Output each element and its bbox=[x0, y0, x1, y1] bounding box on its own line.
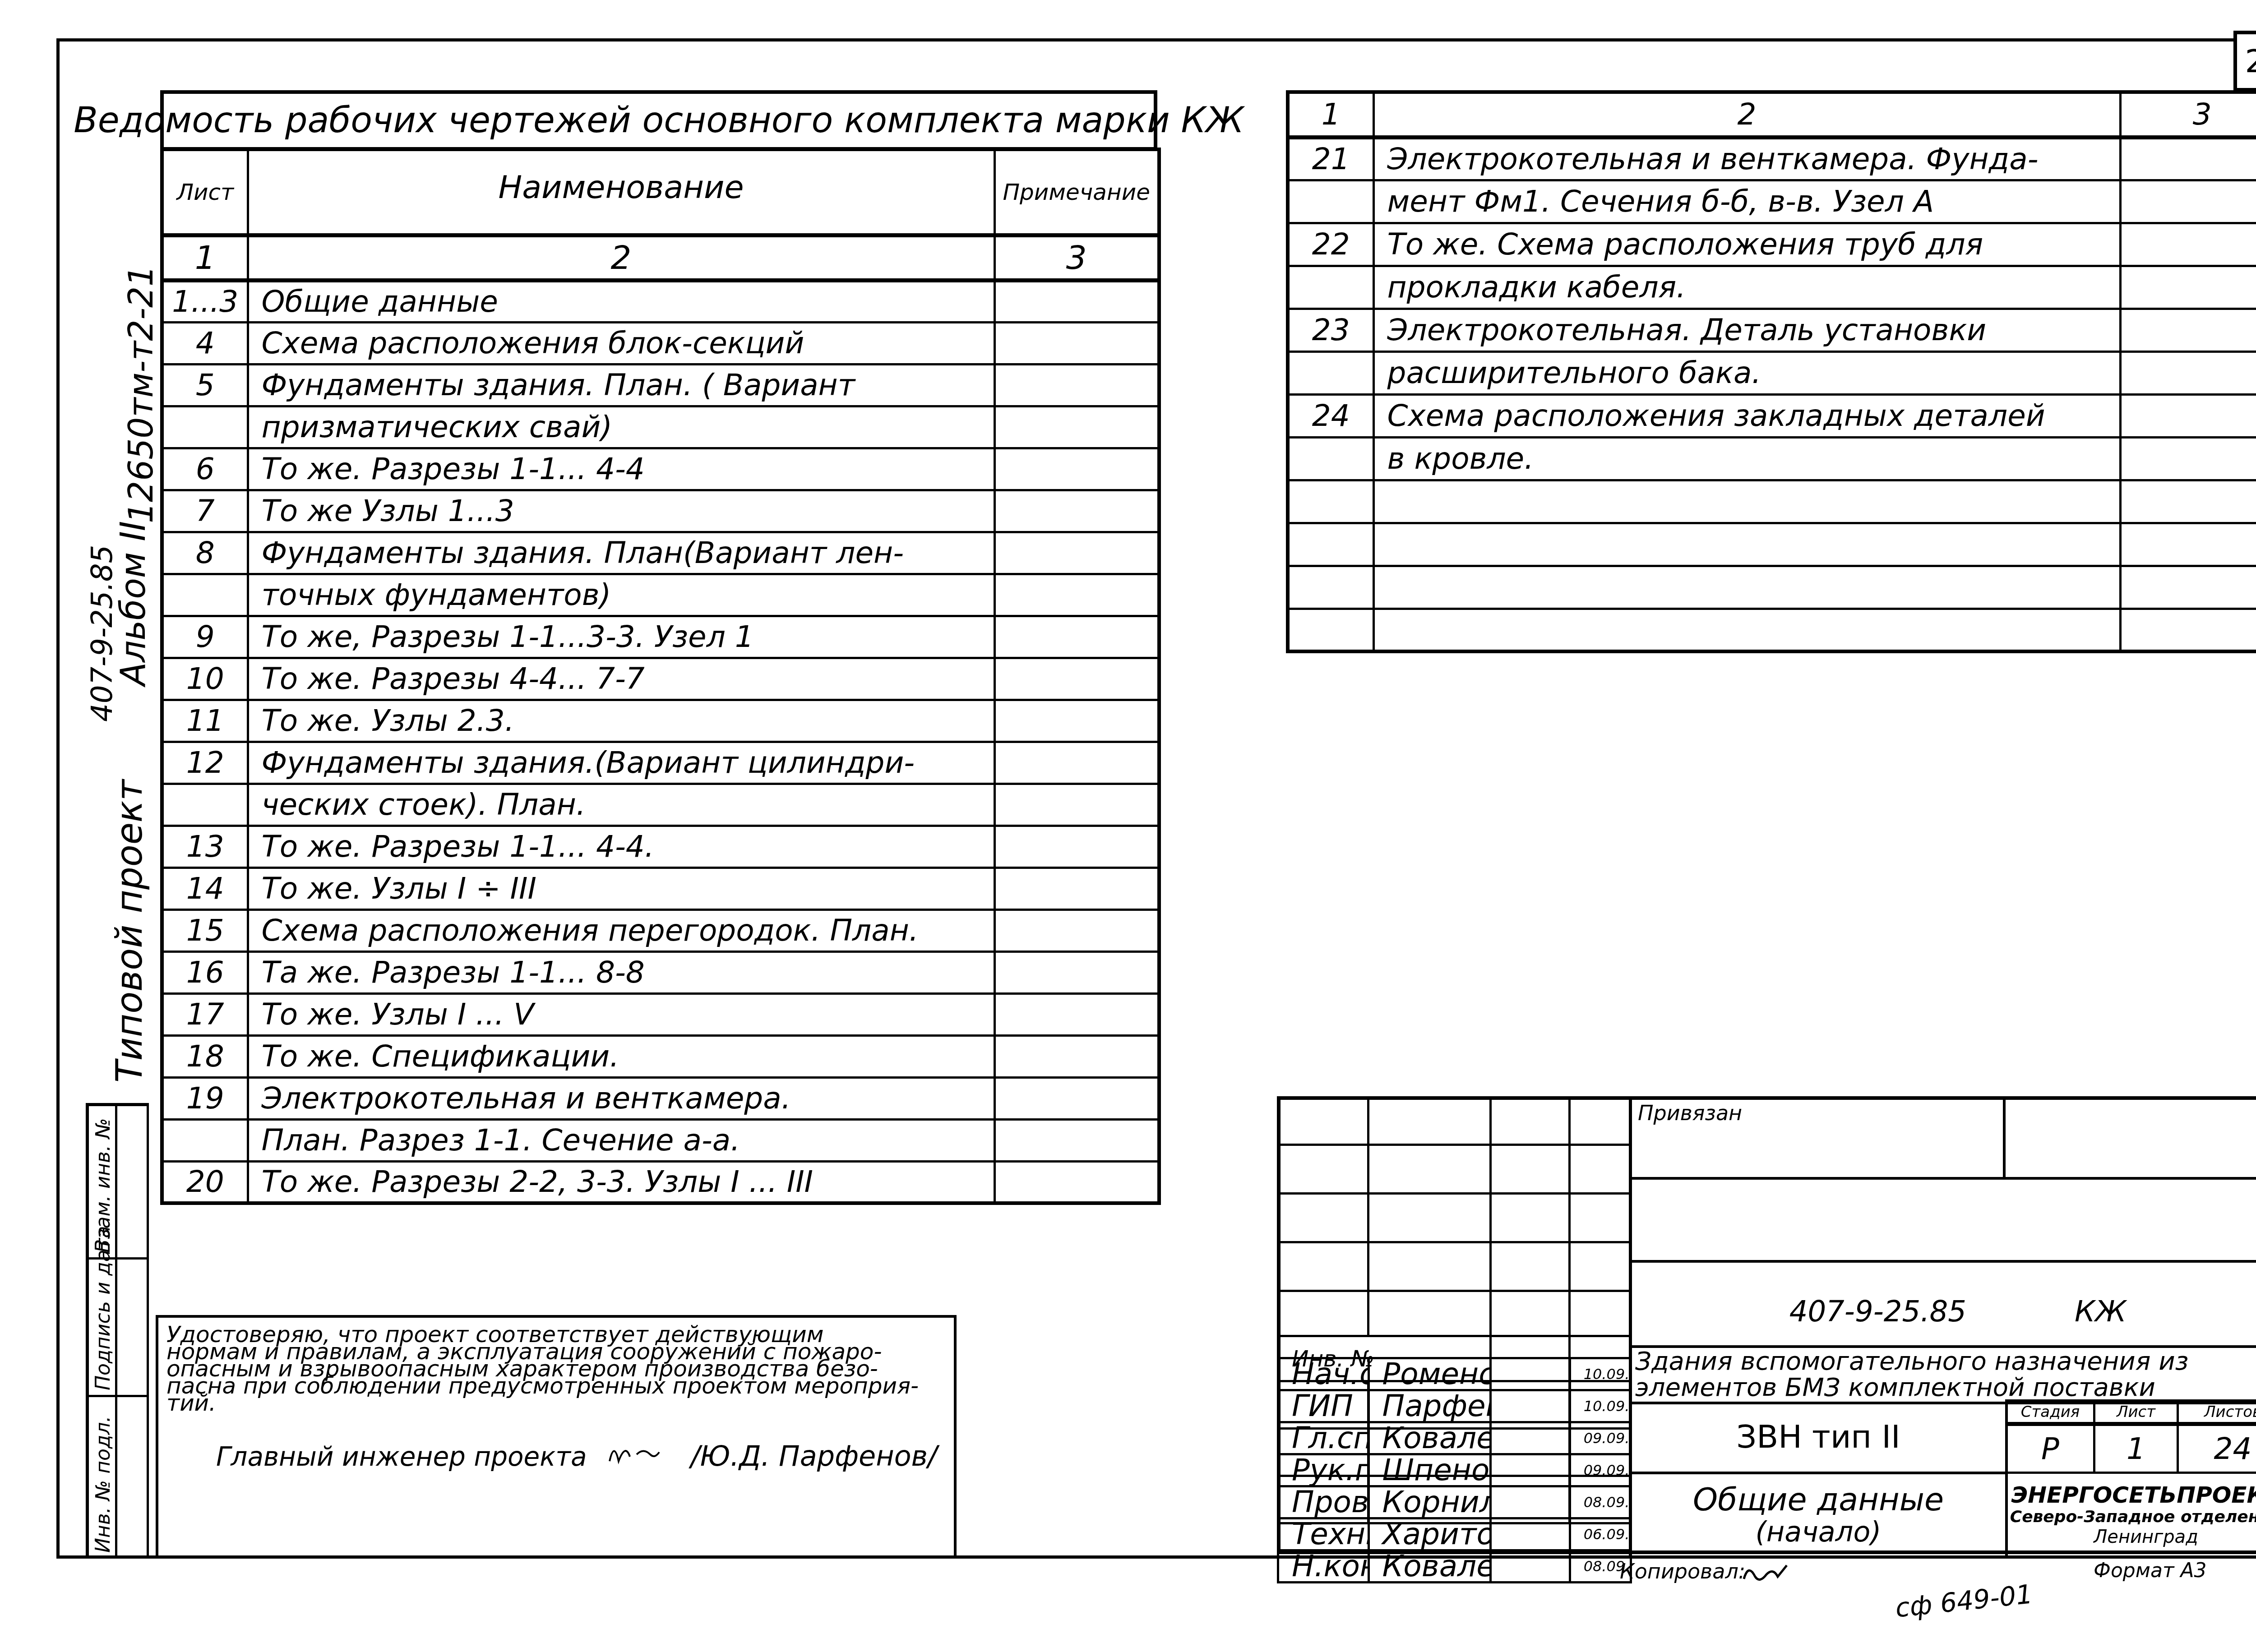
organization-city: Ленинград bbox=[2094, 1528, 2198, 1546]
approval-name: Парфенов bbox=[1368, 1390, 1491, 1422]
row-sheet: 15 bbox=[162, 909, 248, 951]
approval-date: 10.09.82 bbox=[1570, 1390, 1631, 1422]
row-sheet bbox=[162, 574, 248, 616]
approval-name: Харитонова bbox=[1368, 1518, 1491, 1550]
signature-cell bbox=[1491, 1390, 1570, 1422]
row-note bbox=[994, 1119, 1159, 1161]
table-row: 10То же. Разрезы 4-4... 7-7 bbox=[162, 658, 1159, 700]
row-name: То же. Узлы I ... V bbox=[248, 993, 994, 1035]
row-note bbox=[994, 574, 1159, 616]
approval-role: Гл.спец. bbox=[1278, 1422, 1369, 1454]
row-sheet: 10 bbox=[162, 658, 248, 700]
margin-typical-project: Типовой проект bbox=[108, 780, 150, 1083]
row-note bbox=[994, 742, 1159, 784]
signature-cell bbox=[1491, 1550, 1570, 1583]
signature-cell bbox=[1491, 1486, 1570, 1518]
row-sheet: 20 bbox=[162, 1161, 248, 1203]
row-name: То же. Узлы 2.3. bbox=[248, 700, 994, 742]
table-row: 20То же. Разрезы 2-2, 3-3. Узлы I ... II… bbox=[162, 1161, 1159, 1203]
signature-cell bbox=[1491, 1358, 1570, 1390]
approval-row: Н.контр.Ковалев08.09.82 bbox=[1278, 1550, 1631, 1583]
side-stamp-sign-date: Подпись и дата bbox=[92, 1226, 115, 1390]
table-row: 8Фундаменты здания. План(Вариант лен- bbox=[162, 532, 1159, 574]
project-name: Здания вспомогательного назначения из эл… bbox=[1635, 1348, 2256, 1401]
row-sheet: 12 bbox=[162, 742, 248, 784]
table-row: расширительного бака. bbox=[1288, 351, 2256, 394]
approval-date: 10.09.82 bbox=[1570, 1358, 1631, 1390]
signature-cell bbox=[1491, 1454, 1570, 1486]
row-sheet: 14 bbox=[162, 868, 248, 909]
approval-role: ГИП bbox=[1278, 1390, 1369, 1422]
stage-label: Стадия bbox=[2006, 1401, 2094, 1424]
sheets-value: 24 bbox=[2178, 1424, 2256, 1473]
copied-signature-mark bbox=[1742, 1559, 1791, 1587]
approval-name: Роменский bbox=[1368, 1358, 1491, 1390]
row-note bbox=[994, 784, 1159, 826]
row-name: То же. Разрезы 1-1... 4-4 bbox=[248, 448, 994, 490]
side-stamp: Взам. инв. № Подпись и дата Инв. № подл. bbox=[86, 1103, 149, 1559]
approval-date: 08.09.82 bbox=[1570, 1486, 1631, 1518]
object-name: ЗВН тип II bbox=[1736, 1421, 1900, 1453]
table-row bbox=[1288, 523, 2256, 566]
tied-cell: Привязан bbox=[1629, 1096, 2006, 1180]
row-sheet bbox=[1288, 180, 1373, 223]
header-name: Наименование bbox=[248, 149, 994, 235]
row-name: То же. Схема расположения труб для bbox=[1373, 223, 2120, 266]
table-row: 1...3Общие данные bbox=[162, 280, 1159, 322]
row-sheet: 19 bbox=[162, 1077, 248, 1119]
table-row: ческих стоек). План. bbox=[162, 784, 1159, 826]
approval-role: Нач.отд. bbox=[1278, 1358, 1369, 1390]
table-row: 17То же. Узлы I ... V bbox=[162, 993, 1159, 1035]
row-name: Та же. Разрезы 1-1... 8-8 bbox=[248, 951, 994, 993]
table-row: прокладки кабеля. bbox=[1288, 266, 2256, 309]
row-name: мент Фм1. Сечения б-б, в-в. Узел А bbox=[1373, 180, 2120, 223]
margin-album-code: 12650тм-т2-21 bbox=[122, 265, 161, 523]
table-row bbox=[1288, 480, 2256, 523]
table-row: 11То же. Узлы 2.3. bbox=[162, 700, 1159, 742]
row-note bbox=[994, 951, 1159, 993]
row-name: То же. Разрезы 1-1... 4-4. bbox=[248, 826, 994, 868]
row-note bbox=[2120, 480, 2256, 523]
signature-cell bbox=[1491, 1422, 1570, 1454]
row-note bbox=[2120, 523, 2256, 566]
table-row: 18То же. Спецификации. bbox=[162, 1035, 1159, 1077]
row-sheet: 21 bbox=[1288, 137, 1373, 180]
approval-row: ПроверилКорнилова08.09.82 bbox=[1278, 1486, 1631, 1518]
approval-row: Рук.гр.Шпенова09.09.82 bbox=[1278, 1454, 1631, 1486]
row-note bbox=[2120, 566, 2256, 609]
organization-branch: Северо-Западное отделение bbox=[2010, 1509, 2256, 1525]
row-note bbox=[994, 616, 1159, 658]
approval-date: 09.09.82 bbox=[1570, 1422, 1631, 1454]
colnum-1: 1 bbox=[162, 235, 248, 280]
row-note bbox=[994, 448, 1159, 490]
row-name: прокладки кабеля. bbox=[1373, 266, 2120, 309]
row-sheet bbox=[1288, 480, 1373, 523]
row-sheet: 5 bbox=[162, 364, 248, 406]
row-sheet: 24 bbox=[1288, 394, 1373, 437]
row-name: Электрокотельная и венткамера. Фунда- bbox=[1373, 137, 2120, 180]
copied-label: Копировал: bbox=[1620, 1561, 1745, 1582]
row-name bbox=[1373, 523, 2120, 566]
organization-cell: ЭНЕРГОСЕТЬПРОЕКТ Северо-Западное отделен… bbox=[2005, 1472, 2256, 1558]
approval-date: 09.09.82 bbox=[1570, 1454, 1631, 1486]
chief-engineer-title: Главный инженер проекта bbox=[216, 1444, 587, 1470]
approval-role: Н.контр. bbox=[1278, 1550, 1369, 1583]
row-sheet: 1...3 bbox=[162, 280, 248, 322]
row-note bbox=[994, 658, 1159, 700]
sheet-title-cell: Общие данные (начало) bbox=[1629, 1472, 2008, 1558]
row-name: Электрокотельная. Деталь установки bbox=[1373, 309, 2120, 351]
row-note bbox=[994, 532, 1159, 574]
stage-value: Р bbox=[2006, 1424, 2094, 1473]
stage-sheet-grid: Стадия Лист Листов Р 1 24 bbox=[2005, 1402, 2256, 1474]
colnum-2: 2 bbox=[1373, 92, 2120, 137]
row-name: точных фундаментов) bbox=[248, 574, 994, 616]
table-row: 6То же. Разрезы 1-1... 4-4 bbox=[162, 448, 1159, 490]
drawings-list-continuation-table: 1 2 3 21Электрокотельная и венткамера. Ф… bbox=[1286, 90, 2256, 653]
row-note bbox=[2120, 437, 2256, 480]
signature-mark bbox=[605, 1439, 673, 1467]
approval-name: Корнилова bbox=[1368, 1486, 1491, 1518]
row-sheet: 9 bbox=[162, 616, 248, 658]
table-row: 21Электрокотельная и венткамера. Фунда- bbox=[1288, 137, 2256, 180]
sheets-label: Листов bbox=[2178, 1401, 2256, 1424]
row-sheet: 23 bbox=[1288, 309, 1373, 351]
page-number: 20 bbox=[2245, 46, 2256, 77]
table-row: точных фундаментов) bbox=[162, 574, 1159, 616]
table-row: 24Схема расположения закладных деталей bbox=[1288, 394, 2256, 437]
row-sheet bbox=[162, 784, 248, 826]
chief-engineer-name: /Ю.Д. Парфенов/ bbox=[691, 1442, 937, 1470]
table-row: 13То же. Разрезы 1-1... 4-4. bbox=[162, 826, 1159, 868]
table-row: 19Электрокотельная и венткамера. bbox=[162, 1077, 1159, 1119]
row-name: призматических свай) bbox=[248, 406, 994, 448]
row-name: Электрокотельная и венткамера. bbox=[248, 1077, 994, 1119]
row-name: То же. Спецификации. bbox=[248, 1035, 994, 1077]
project-name-cell: Здания вспомогательного назначения из эл… bbox=[1629, 1346, 2256, 1404]
row-sheet: 7 bbox=[162, 490, 248, 532]
row-sheet bbox=[1288, 566, 1373, 609]
approval-role: Проверил bbox=[1278, 1486, 1369, 1518]
table-row: в кровле. bbox=[1288, 437, 2256, 480]
table-row: 4Схема расположения блок-секций bbox=[162, 322, 1159, 364]
certification-box: Удостоверяю, что проект соответствует де… bbox=[156, 1315, 957, 1559]
row-note bbox=[2120, 394, 2256, 437]
table-row: 7То же Узлы 1...3 bbox=[162, 490, 1159, 532]
row-name: в кровле. bbox=[1373, 437, 2120, 480]
table-row bbox=[1288, 609, 2256, 651]
row-name: План. Разрез 1-1. Сечение а-а. bbox=[248, 1119, 994, 1161]
row-sheet: 16 bbox=[162, 951, 248, 993]
table-row: 15Схема расположения перегородок. План. bbox=[162, 909, 1159, 951]
row-sheet bbox=[1288, 266, 1373, 309]
row-note bbox=[994, 826, 1159, 868]
object-cell: ЗВН тип II bbox=[1629, 1402, 2008, 1474]
row-note bbox=[2120, 137, 2256, 180]
table-row: 12Фундаменты здания.(Вариант цилиндри- bbox=[162, 742, 1159, 784]
row-name: ческих стоек). План. bbox=[248, 784, 994, 826]
mark: КЖ bbox=[2075, 1297, 2126, 1326]
row-note bbox=[994, 490, 1159, 532]
row-sheet: 22 bbox=[1288, 223, 1373, 266]
row-sheet bbox=[1288, 609, 1373, 651]
row-sheet bbox=[162, 1119, 248, 1161]
row-sheet: 11 bbox=[162, 700, 248, 742]
row-name: Фундаменты здания. План. ( Вариант bbox=[248, 364, 994, 406]
drawings-list-table: Лист Наименование Примечание 1 2 3 1...3… bbox=[160, 148, 1161, 1205]
colnum-3: 3 bbox=[994, 235, 1159, 280]
row-note bbox=[994, 364, 1159, 406]
colnum-3: 3 bbox=[2120, 92, 2256, 137]
drawings-list-title: Ведомость рабочих чертежей основного ком… bbox=[74, 103, 1244, 138]
row-sheet bbox=[162, 406, 248, 448]
row-name: Схема расположения блок-секций bbox=[248, 322, 994, 364]
drawings-list-title-cell: Ведомость рабочих чертежей основного ком… bbox=[160, 90, 1157, 151]
row-note bbox=[2120, 266, 2256, 309]
row-sheet: 8 bbox=[162, 532, 248, 574]
tied-label: Привязан bbox=[1638, 1101, 1742, 1125]
row-note bbox=[994, 1077, 1159, 1119]
designation: 407-9-25.85 bbox=[1789, 1297, 1966, 1326]
colnum-2: 2 bbox=[248, 235, 994, 280]
row-note bbox=[2120, 609, 2256, 651]
row-name: Фундаменты здания.(Вариант цилиндри- bbox=[248, 742, 994, 784]
table-row: 16Та же. Разрезы 1-1... 8-8 bbox=[162, 951, 1159, 993]
row-sheet: 6 bbox=[162, 448, 248, 490]
archive-code: сф 649-01 bbox=[1894, 1581, 2034, 1621]
certification-line: пасна при соблюдении предусмотренных про… bbox=[166, 1377, 946, 1394]
approval-name: Ковалев bbox=[1368, 1550, 1491, 1583]
row-name: То же. Разрезы 2-2, 3-3. Узлы I ... III bbox=[248, 1161, 994, 1203]
table-row: План. Разрез 1-1. Сечение а-а. bbox=[162, 1119, 1159, 1161]
approval-role: Техник bbox=[1278, 1518, 1369, 1550]
row-name bbox=[1373, 566, 2120, 609]
approval-row: Нач.отд.Роменский10.09.82 bbox=[1278, 1358, 1631, 1390]
row-sheet bbox=[1288, 437, 1373, 480]
approval-role: Рук.гр. bbox=[1278, 1454, 1369, 1486]
row-name bbox=[1373, 609, 2120, 651]
header-note: Примечание bbox=[994, 149, 1159, 235]
row-note bbox=[994, 322, 1159, 364]
approval-name: Ковалев bbox=[1368, 1422, 1491, 1454]
row-note bbox=[2120, 351, 2256, 394]
sheet-label: Лист bbox=[2094, 1401, 2178, 1424]
row-name: Общие данные bbox=[248, 280, 994, 322]
table-row: 22То же. Схема расположения труб для bbox=[1288, 223, 2256, 266]
tied-extra-cell bbox=[2003, 1096, 2256, 1180]
row-note bbox=[994, 700, 1159, 742]
row-sheet: 18 bbox=[162, 1035, 248, 1077]
header-sheet: Лист bbox=[162, 149, 248, 235]
row-note bbox=[2120, 180, 2256, 223]
row-sheet: 13 bbox=[162, 826, 248, 868]
table-row: призматических свай) bbox=[162, 406, 1159, 448]
approval-date: 06.09.82 bbox=[1570, 1518, 1631, 1550]
sheet-subtitle: (начало) bbox=[1755, 1518, 1881, 1546]
approval-row: ГИППарфенов10.09.82 bbox=[1278, 1390, 1631, 1422]
row-name: Схема расположения закладных деталей bbox=[1373, 394, 2120, 437]
designation-cell: 407-9-25.85 КЖ bbox=[1629, 1260, 2256, 1348]
row-note bbox=[994, 1161, 1159, 1203]
row-sheet bbox=[1288, 351, 1373, 394]
approval-row: ТехникХаритонова06.09.82 bbox=[1278, 1518, 1631, 1550]
format-label: Формат А3 bbox=[2094, 1561, 2207, 1581]
row-note bbox=[994, 280, 1159, 322]
approval-row: Гл.спец.Ковалев09.09.82 bbox=[1278, 1422, 1631, 1454]
sheet-value: 1 bbox=[2094, 1424, 2178, 1473]
approval-name: Шпенова bbox=[1368, 1454, 1491, 1486]
row-name: То же. Узлы I ÷ III bbox=[248, 868, 994, 909]
row-name bbox=[1373, 480, 2120, 523]
sheet-title: Общие данные bbox=[1693, 1484, 1944, 1515]
table-row: 5Фундаменты здания. План. ( Вариант bbox=[162, 364, 1159, 406]
blank-cell bbox=[1629, 1177, 2256, 1263]
signature-cell bbox=[1491, 1518, 1570, 1550]
table-row: 14То же. Узлы I ÷ III bbox=[162, 868, 1159, 909]
page-number-box: 20 bbox=[2233, 31, 2256, 92]
margin-album: Альбом II bbox=[113, 521, 153, 686]
row-name: То же. Разрезы 4-4... 7-7 bbox=[248, 658, 994, 700]
row-name: То же Узлы 1...3 bbox=[248, 490, 994, 532]
organization-name: ЭНЕРГОСЕТЬПРОЕКТ bbox=[2011, 1484, 2256, 1506]
table-row bbox=[1288, 566, 2256, 609]
row-sheet: 17 bbox=[162, 993, 248, 1035]
side-stamp-inv-orig: Инв. № подл. bbox=[92, 1416, 115, 1553]
row-name: Схема расположения перегородок. План. bbox=[248, 909, 994, 951]
colnum-1: 1 bbox=[1288, 92, 1373, 137]
row-name: расширительного бака. bbox=[1373, 351, 2120, 394]
row-note bbox=[994, 868, 1159, 909]
row-note bbox=[994, 406, 1159, 448]
row-sheet bbox=[1288, 523, 1373, 566]
row-note bbox=[994, 909, 1159, 951]
title-block: Инв. № Нач.отд.Роменский10.09.82 ГИППарф… bbox=[1277, 1096, 2256, 1554]
table-row: 9То же, Разрезы 1-1...3-3. Узел 1 bbox=[162, 616, 1159, 658]
row-note bbox=[2120, 309, 2256, 351]
row-note bbox=[994, 1035, 1159, 1077]
row-name: То же, Разрезы 1-1...3-3. Узел 1 bbox=[248, 616, 994, 658]
table-row: 23Электрокотельная. Деталь установки bbox=[1288, 309, 2256, 351]
row-name: Фундаменты здания. План(Вариант лен- bbox=[248, 532, 994, 574]
row-note bbox=[2120, 223, 2256, 266]
title-block-approvals: Нач.отд.Роменский10.09.82 ГИППарфенов10.… bbox=[1277, 1357, 1632, 1583]
row-note bbox=[994, 993, 1159, 1035]
table-row: мент Фм1. Сечения б-б, в-в. Узел А bbox=[1288, 180, 2256, 223]
row-sheet: 4 bbox=[162, 322, 248, 364]
